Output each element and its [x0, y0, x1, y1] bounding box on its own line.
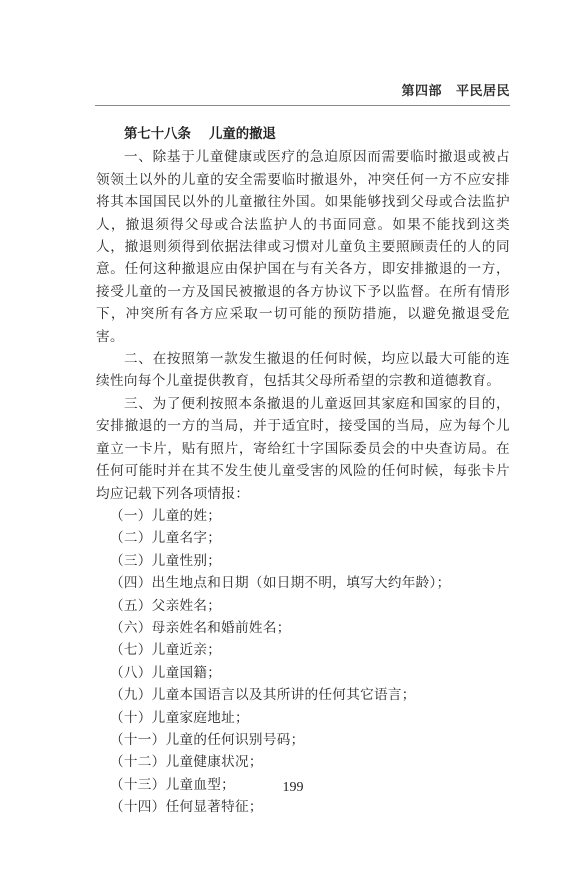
running-head: 第四部平民居民	[95, 80, 510, 99]
article-title: 儿童的撤退	[209, 127, 276, 142]
running-head-part: 第四部	[401, 84, 442, 99]
list-item: （十四）任何显著特征；	[96, 796, 510, 818]
list-item: （九）儿童本国语言以及其所讲的任何其它语言；	[96, 684, 510, 706]
paragraph-2: 二、在按照第一款发生撤退的任何时候，均应以最大可能的连续性向每个儿童提供教育，包…	[96, 348, 510, 393]
page-number: 199	[0, 780, 586, 796]
card-information-list: （一）儿童的姓； （二）儿童名字； （三）儿童性别； （四）出生地点和日期（如日…	[96, 505, 510, 819]
paragraph-3: 三、为了便利按照本条撤退的儿童返回其家庭和国家的目的，安排撤退的一方的当局，并于…	[96, 393, 510, 505]
list-item: （四）出生地点和日期（如日期不明，填写大约年龄）；	[96, 572, 510, 594]
list-item: （十二）儿童健康状况；	[96, 751, 510, 773]
list-item: （五）父亲姓名；	[96, 595, 510, 617]
page-body: 第七十八条儿童的撤退 一、除基于儿童健康或医疗的急迫原因而需要临时撤退或被占领领…	[96, 124, 510, 819]
list-item: （三）儿童性别；	[96, 550, 510, 572]
article-heading: 第七十八条儿童的撤退	[96, 124, 510, 146]
list-item: （十一）儿童的任何识别号码；	[96, 729, 510, 751]
article-number: 第七十八条	[124, 127, 191, 142]
list-item: （八）儿童国籍；	[96, 662, 510, 684]
list-item: （二）儿童名字；	[96, 527, 510, 549]
list-item: （七）儿童近亲；	[96, 639, 510, 661]
list-item: （一）儿童的姓；	[96, 505, 510, 527]
header-rule-divider	[95, 105, 510, 106]
list-item: （十）儿童家庭地址；	[96, 707, 510, 729]
book-page: 第四部平民居民 第七十八条儿童的撤退 一、除基于儿童健康或医疗的急迫原因而需要临…	[0, 0, 586, 869]
list-item: （六）母亲姓名和婚前姓名；	[96, 617, 510, 639]
running-head-title: 平民居民	[456, 84, 510, 99]
paragraph-1: 一、除基于儿童健康或医疗的急迫原因而需要临时撤退或被占领领土以外的儿童的安全需要…	[96, 146, 510, 348]
